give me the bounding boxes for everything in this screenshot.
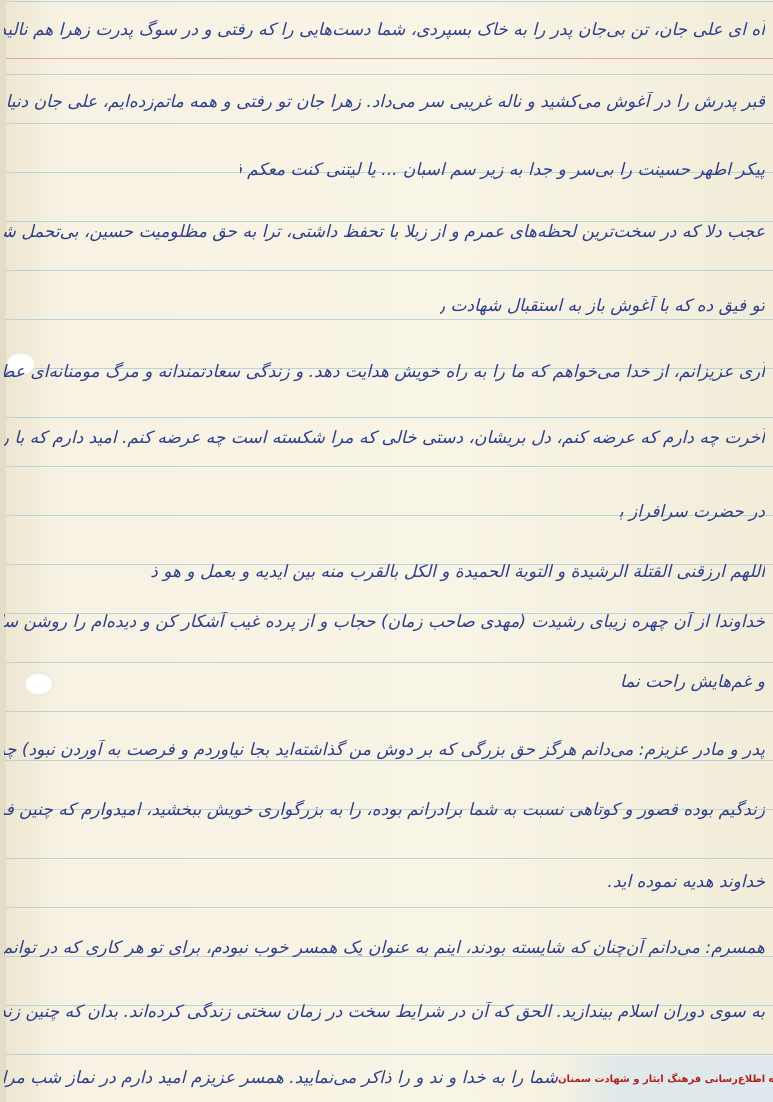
letter-line: همسرم: می‌دانم آن‌چنان که شایسته بودند، … — [4, 938, 765, 958]
letter-line: پدر و مادر عزیزم: می‌دانم هرگز حق بزرگی … — [4, 740, 765, 760]
letter-line: خداوند هدیه نموده اید. — [590, 872, 765, 892]
letter-line: در حضرت سرافراز باشم. — [620, 502, 765, 522]
letter-line: آخرت چه دارم که عرضه کنم، دل بریشان، دست… — [4, 428, 765, 448]
letter-line: خداوندا از آن چهره زیبای رشیدت (مهدی صاح… — [4, 612, 765, 632]
letter-line: و غم‌هایش راحت نما — [600, 672, 765, 692]
letter-line: عجب دلا که در سخت‌ترین لحظه‌های عمرم و ا… — [4, 222, 765, 242]
letter-line: قبر پدرش را در آغوش می‌کشید و ناله غریبی… — [4, 92, 765, 112]
letter-line: زندگیم بوده قصور و کوتاهی نسبت به شما بر… — [4, 800, 765, 820]
letter-line: تو فیق ده که با آغوش باز به استقبال شهاد… — [440, 296, 765, 316]
paper-left-edge — [0, 0, 6, 1102]
watermark-caption: پایگاه اطلاع‌رسانی فرهنگ ایثار و شهادت س… — [558, 1074, 773, 1085]
letter-line: به سوی دوران اسلام بیندازید. الحق که آن … — [4, 1002, 765, 1022]
letter-line: آه ای علی جان، تن بی‌جان پدر را به خاک ب… — [4, 20, 765, 40]
letter-line: پیکر اطهر حسینت را بی‌سر و جدا به زیر سم… — [240, 160, 765, 180]
letter-line: آری عزیزانم، از خدا می‌خواهم که ما را به… — [4, 362, 765, 382]
arabic-prayer-line: اللهم ارزقنی القتلة الرشیدة و التوبة الح… — [150, 562, 765, 582]
site-watermark: نوید شاهد پایگاه اطلاع‌رسانی فرهنگ ایثار… — [558, 1056, 773, 1102]
red-margin-line — [0, 58, 773, 59]
letter-line: شما را به خدا و ند و را ذاکر می‌نمایید. … — [4, 1068, 558, 1088]
punch-hole — [24, 672, 54, 696]
